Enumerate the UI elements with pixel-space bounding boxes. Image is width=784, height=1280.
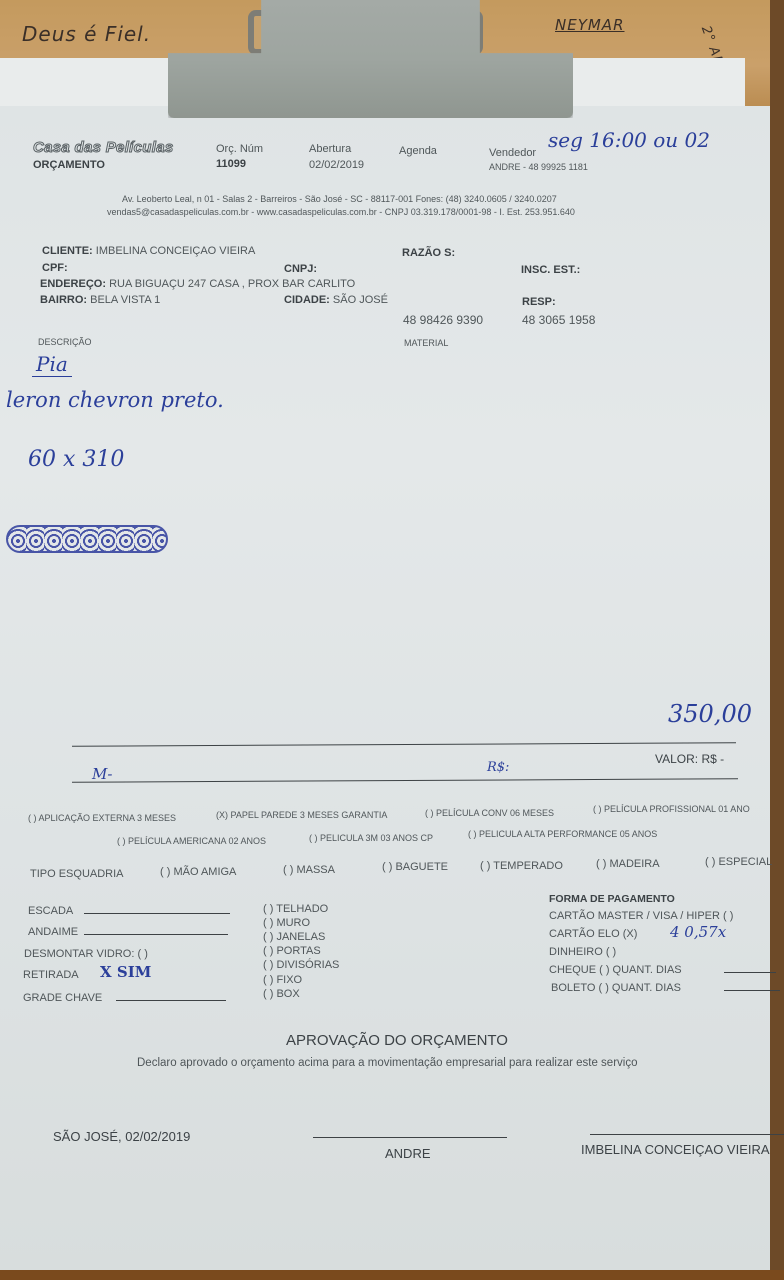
payment-elo-handwritten: 4 0,57x <box>670 923 726 941</box>
endereco-field: ENDEREÇO: RUA BIGUAÇU 247 CASA , PROX BA… <box>40 278 355 290</box>
scribbled-out-text <box>6 525 168 553</box>
cliente-value: IMBELINA CONCEIÇAO VIEIRA <box>96 245 256 257</box>
esquadria-label: TIPO ESQUADRIA <box>30 868 124 880</box>
cheque-days-line[interactable] <box>724 972 776 973</box>
client-signature-name: IMBELINA CONCEIÇAO VIEIRA <box>581 1142 770 1157</box>
abertura-label: Abertura <box>309 143 351 155</box>
service-6[interactable]: ( ) PELICULA 3M 03 ANOS CP <box>309 833 433 843</box>
vendedor-value: ANDRE - 48 99925 1181 <box>489 162 588 172</box>
phone-1: 48 98426 9390 <box>403 313 483 327</box>
esquadria-mao-amiga[interactable]: ( ) MÃO AMIGA <box>160 866 236 878</box>
cidade-label: CIDADE: <box>284 294 330 306</box>
hand-line-1: Pia <box>32 352 72 377</box>
bairro-label: BAIRRO: <box>40 294 87 306</box>
approval-statement: Declaro aprovado o orçamento acima para … <box>137 1057 638 1069</box>
agenda-label: Agenda <box>399 145 437 157</box>
clipboard-bottom <box>0 1270 784 1280</box>
seller-signature-line[interactable] <box>313 1137 507 1138</box>
approval-title: APROVAÇÃO DO ORÇAMENTO <box>286 1032 508 1049</box>
material-label: MATERIAL <box>404 338 448 348</box>
retirada-handwritten: X SIM <box>100 963 151 981</box>
service-5[interactable]: ( ) PELÍCULA AMERICANA 02 ANOS <box>117 836 266 846</box>
grade-label: GRADE CHAVE <box>23 992 102 1004</box>
service-1[interactable]: ( ) APLICAÇÃO EXTERNA 3 MESES <box>28 813 176 823</box>
escada-label: ESCADA <box>28 905 73 917</box>
local-box[interactable]: ( ) BOX <box>263 988 300 1000</box>
esquadria-massa[interactable]: ( ) MASSA <box>283 864 335 876</box>
board-note-right: NEYMAR <box>555 16 625 34</box>
esquadria-especial[interactable]: ( ) ESPECIAL <box>705 856 772 868</box>
cliente-field: CLIENTE: IMBELINA CONCEIÇAO VIEIRA <box>42 245 255 257</box>
vendedor-label: Vendedor <box>489 147 536 159</box>
service-7[interactable]: ( ) PELICULA ALTA PERFORMANCE 05 ANOS <box>468 829 657 839</box>
payment-boleto[interactable]: BOLETO ( ) QUANT. DIAS <box>551 982 681 994</box>
place-date: SÃO JOSÉ, 02/02/2019 <box>53 1129 190 1144</box>
address-line: Av. Leoberto Leal, n 01 - Salas 2 - Barr… <box>122 194 557 204</box>
cnpj-label: CNPJ: <box>284 263 317 275</box>
local-muro[interactable]: ( ) MURO <box>263 917 310 929</box>
client-signature-line[interactable] <box>590 1134 784 1135</box>
andaime-line[interactable] <box>84 934 228 935</box>
andaime-label: ANDAIME <box>28 926 78 938</box>
razao-label: RAZÃO S: <box>402 247 455 259</box>
endereco-label: ENDEREÇO: <box>40 278 106 290</box>
hand-line-2: leron chevron preto. <box>6 388 224 412</box>
board-note-left: Deus é Fiel. <box>22 22 151 46</box>
esquadria-temperado[interactable]: ( ) TEMPERADO <box>480 860 563 872</box>
seller-signature-name: ANDRE <box>385 1146 431 1161</box>
bairro-field: BAIRRO: BELA VISTA 1 <box>40 294 160 306</box>
payment-elo[interactable]: CARTÃO ELO (X) <box>549 928 637 940</box>
service-4[interactable]: ( ) PELÍCULA PROFISSIONAL 01 ANO <box>593 804 750 814</box>
local-portas[interactable]: ( ) PORTAS <box>263 945 321 957</box>
service-3[interactable]: ( ) PELÍCULA CONV 06 MESES <box>425 808 554 818</box>
cpf-label: CPF: <box>42 262 68 274</box>
desmontar-field[interactable]: DESMONTAR VIDRO: ( ) <box>24 948 148 960</box>
esquadria-baguete[interactable]: ( ) BAGUETE <box>382 861 448 873</box>
bairro-value: BELA VISTA 1 <box>90 294 160 306</box>
service-2[interactable]: (X) PAPEL PAREDE 3 MESES GARANTIA <box>216 810 387 820</box>
orc-num-label: Orç. Núm <box>216 143 263 155</box>
resp-label: RESP: <box>522 296 556 308</box>
company-logo: Casa das Películas <box>33 139 173 156</box>
esquadria-madeira[interactable]: ( ) MADEIRA <box>596 858 660 870</box>
payment-title: FORMA DE PAGAMENTO <box>549 893 675 905</box>
valor-handwritten: 350,00 <box>668 700 752 728</box>
agenda-handwritten: seg 16:00 ou 02 <box>548 128 710 152</box>
endereco-value: RUA BIGUAÇU 247 CASA , PROX BAR CARLITO <box>109 278 355 290</box>
descricao-label: DESCRIÇÃO <box>38 337 92 347</box>
retirada-label: RETIRADA <box>23 969 79 981</box>
cidade-value: SÃO JOSÉ <box>333 294 388 306</box>
abertura-value: 02/02/2019 <box>309 159 364 171</box>
mark-mid: R$: <box>487 760 509 775</box>
local-divisorias[interactable]: ( ) DIVISÓRIAS <box>263 959 339 971</box>
payment-master[interactable]: CARTÃO MASTER / VISA / HIPER ( ) <box>549 910 733 922</box>
board-edge <box>770 0 784 1280</box>
mark-left: M- <box>92 765 112 783</box>
boleto-days-line[interactable] <box>724 990 780 991</box>
local-fixo[interactable]: ( ) FIXO <box>263 974 302 986</box>
insc-label: INSC. EST.: <box>521 264 580 276</box>
local-telhado[interactable]: ( ) TELHADO <box>263 903 328 915</box>
contact-line: vendas5@casadaspeliculas.com.br - www.ca… <box>107 207 575 217</box>
local-janelas[interactable]: ( ) JANELAS <box>263 931 325 943</box>
phone-2: 48 3065 1958 <box>522 313 595 327</box>
escada-line[interactable] <box>84 913 230 914</box>
payment-cheque[interactable]: CHEQUE ( ) QUANT. DIAS <box>549 964 682 976</box>
hand-line-3: 60 x 310 <box>28 447 124 472</box>
orc-num-value: 11099 <box>216 158 246 170</box>
doc-type: ORÇAMENTO <box>33 159 105 171</box>
valor-label: VALOR: R$ - <box>655 752 724 766</box>
payment-dinheiro[interactable]: DINHEIRO ( ) <box>549 946 616 958</box>
cidade-field: CIDADE: SÃO JOSÉ <box>284 294 388 306</box>
grade-line[interactable] <box>116 1000 226 1001</box>
cliente-label: CLIENTE: <box>42 245 93 257</box>
